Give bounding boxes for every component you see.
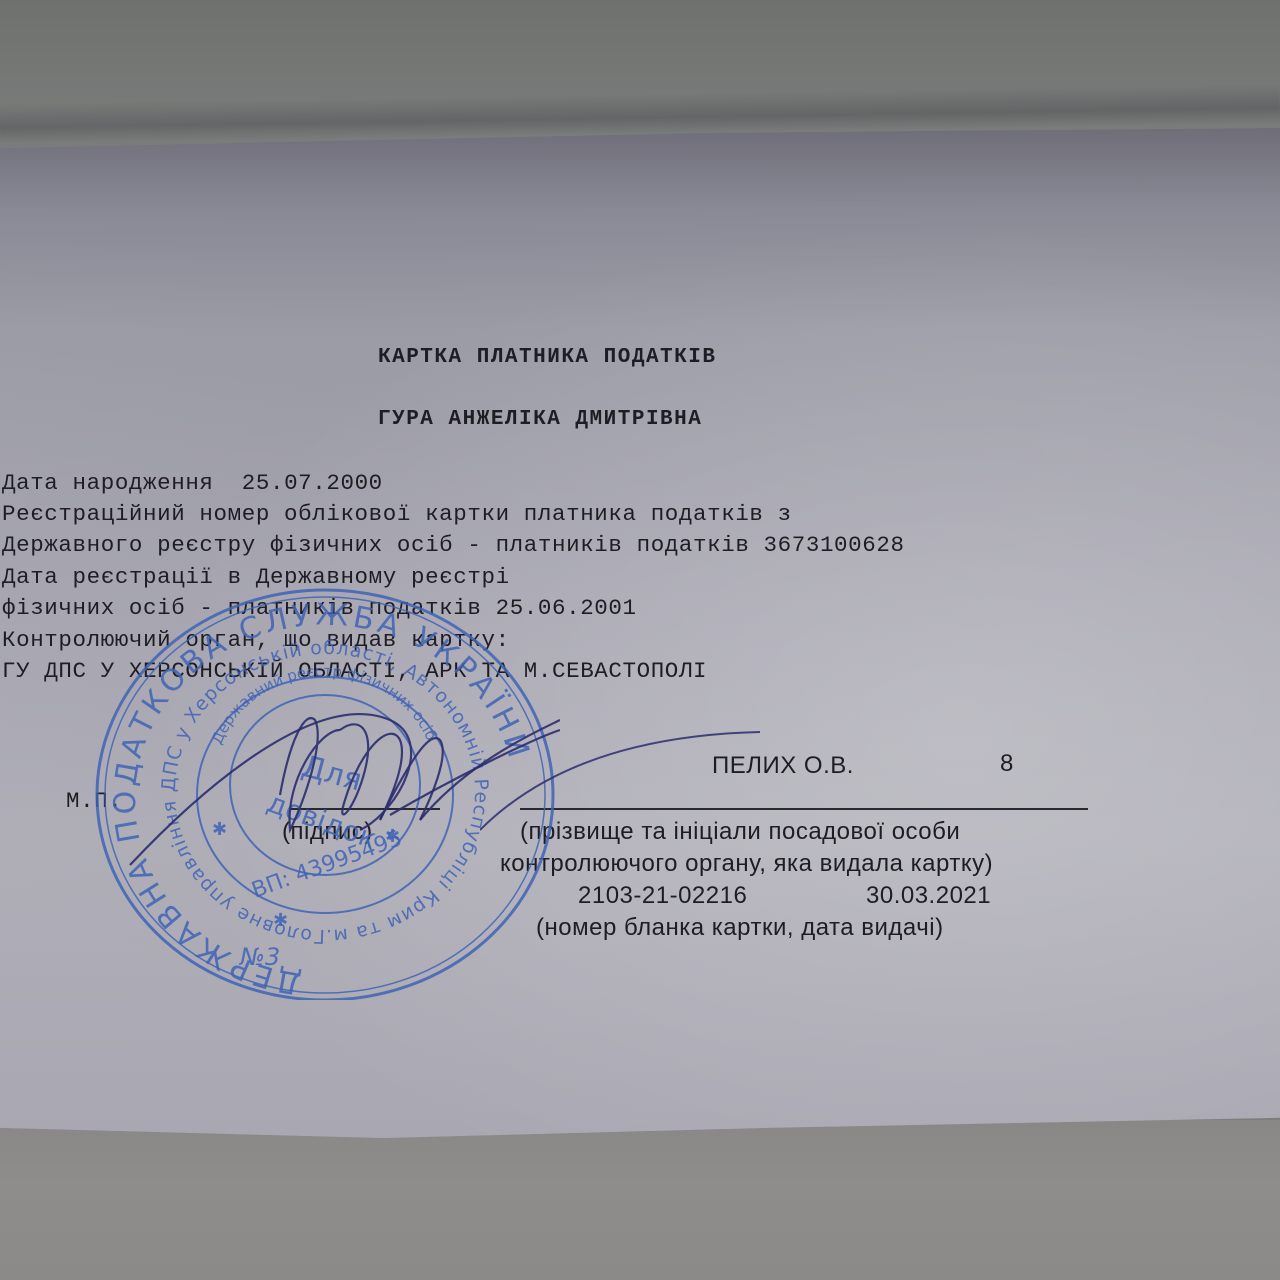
blank-caption: (номер бланка картки, дата видачі) [536,916,944,940]
blank-number: 2103-21-02216 [578,884,747,908]
birth-date-value: 25.07.2000 [242,470,383,496]
signature-caption: (підпис) [282,820,373,844]
reg-number-value: 3673100628 [764,532,905,558]
authority-label: Контролюючий орган, що видав картку: [2,629,510,652]
birth-date-row: Дата народження 25.07.2000 [2,472,383,495]
reg-number-row: Державного реєстру фізичних осіб - платн… [2,534,905,557]
reg-date-value: 25.06.2001 [496,595,637,621]
reg-date-label-line2: фізичних осіб - платників податків [2,595,481,621]
document-title: КАРТКА ПЛАТНИКА ПОДАТКІВ [378,347,716,368]
reg-date-label-line1: Дата реєстрації в Державному реєстрі [2,566,510,589]
reg-number-label-line1: Реєстраційний номер облікової картки пла… [2,503,792,526]
official-caption-line2: контролюючого органу, яка видала картку) [500,852,993,876]
signature-tail [480,720,780,840]
signature-line [290,808,440,810]
reg-number-label-line2: Державного реєстру фізичних осіб - платн… [2,532,749,558]
reg-date-row: фізичних осіб - платників податків 25.06… [2,597,637,620]
table-surface-bottom [0,1120,1280,1280]
authority-value: ГУ ДПС У ХЕРСОНСЬКІЙ ОБЛАСТІ, АРК ТА М.С… [2,660,707,683]
official-code: 8 [1000,752,1014,776]
issue-date: 30.03.2021 [866,884,991,908]
taxpayer-name: ГУРА АНЖЕЛІКА ДМИТРІВНА [378,409,702,430]
seal-place: М.П. [66,790,122,813]
birth-date-label: Дата народження [2,470,214,496]
